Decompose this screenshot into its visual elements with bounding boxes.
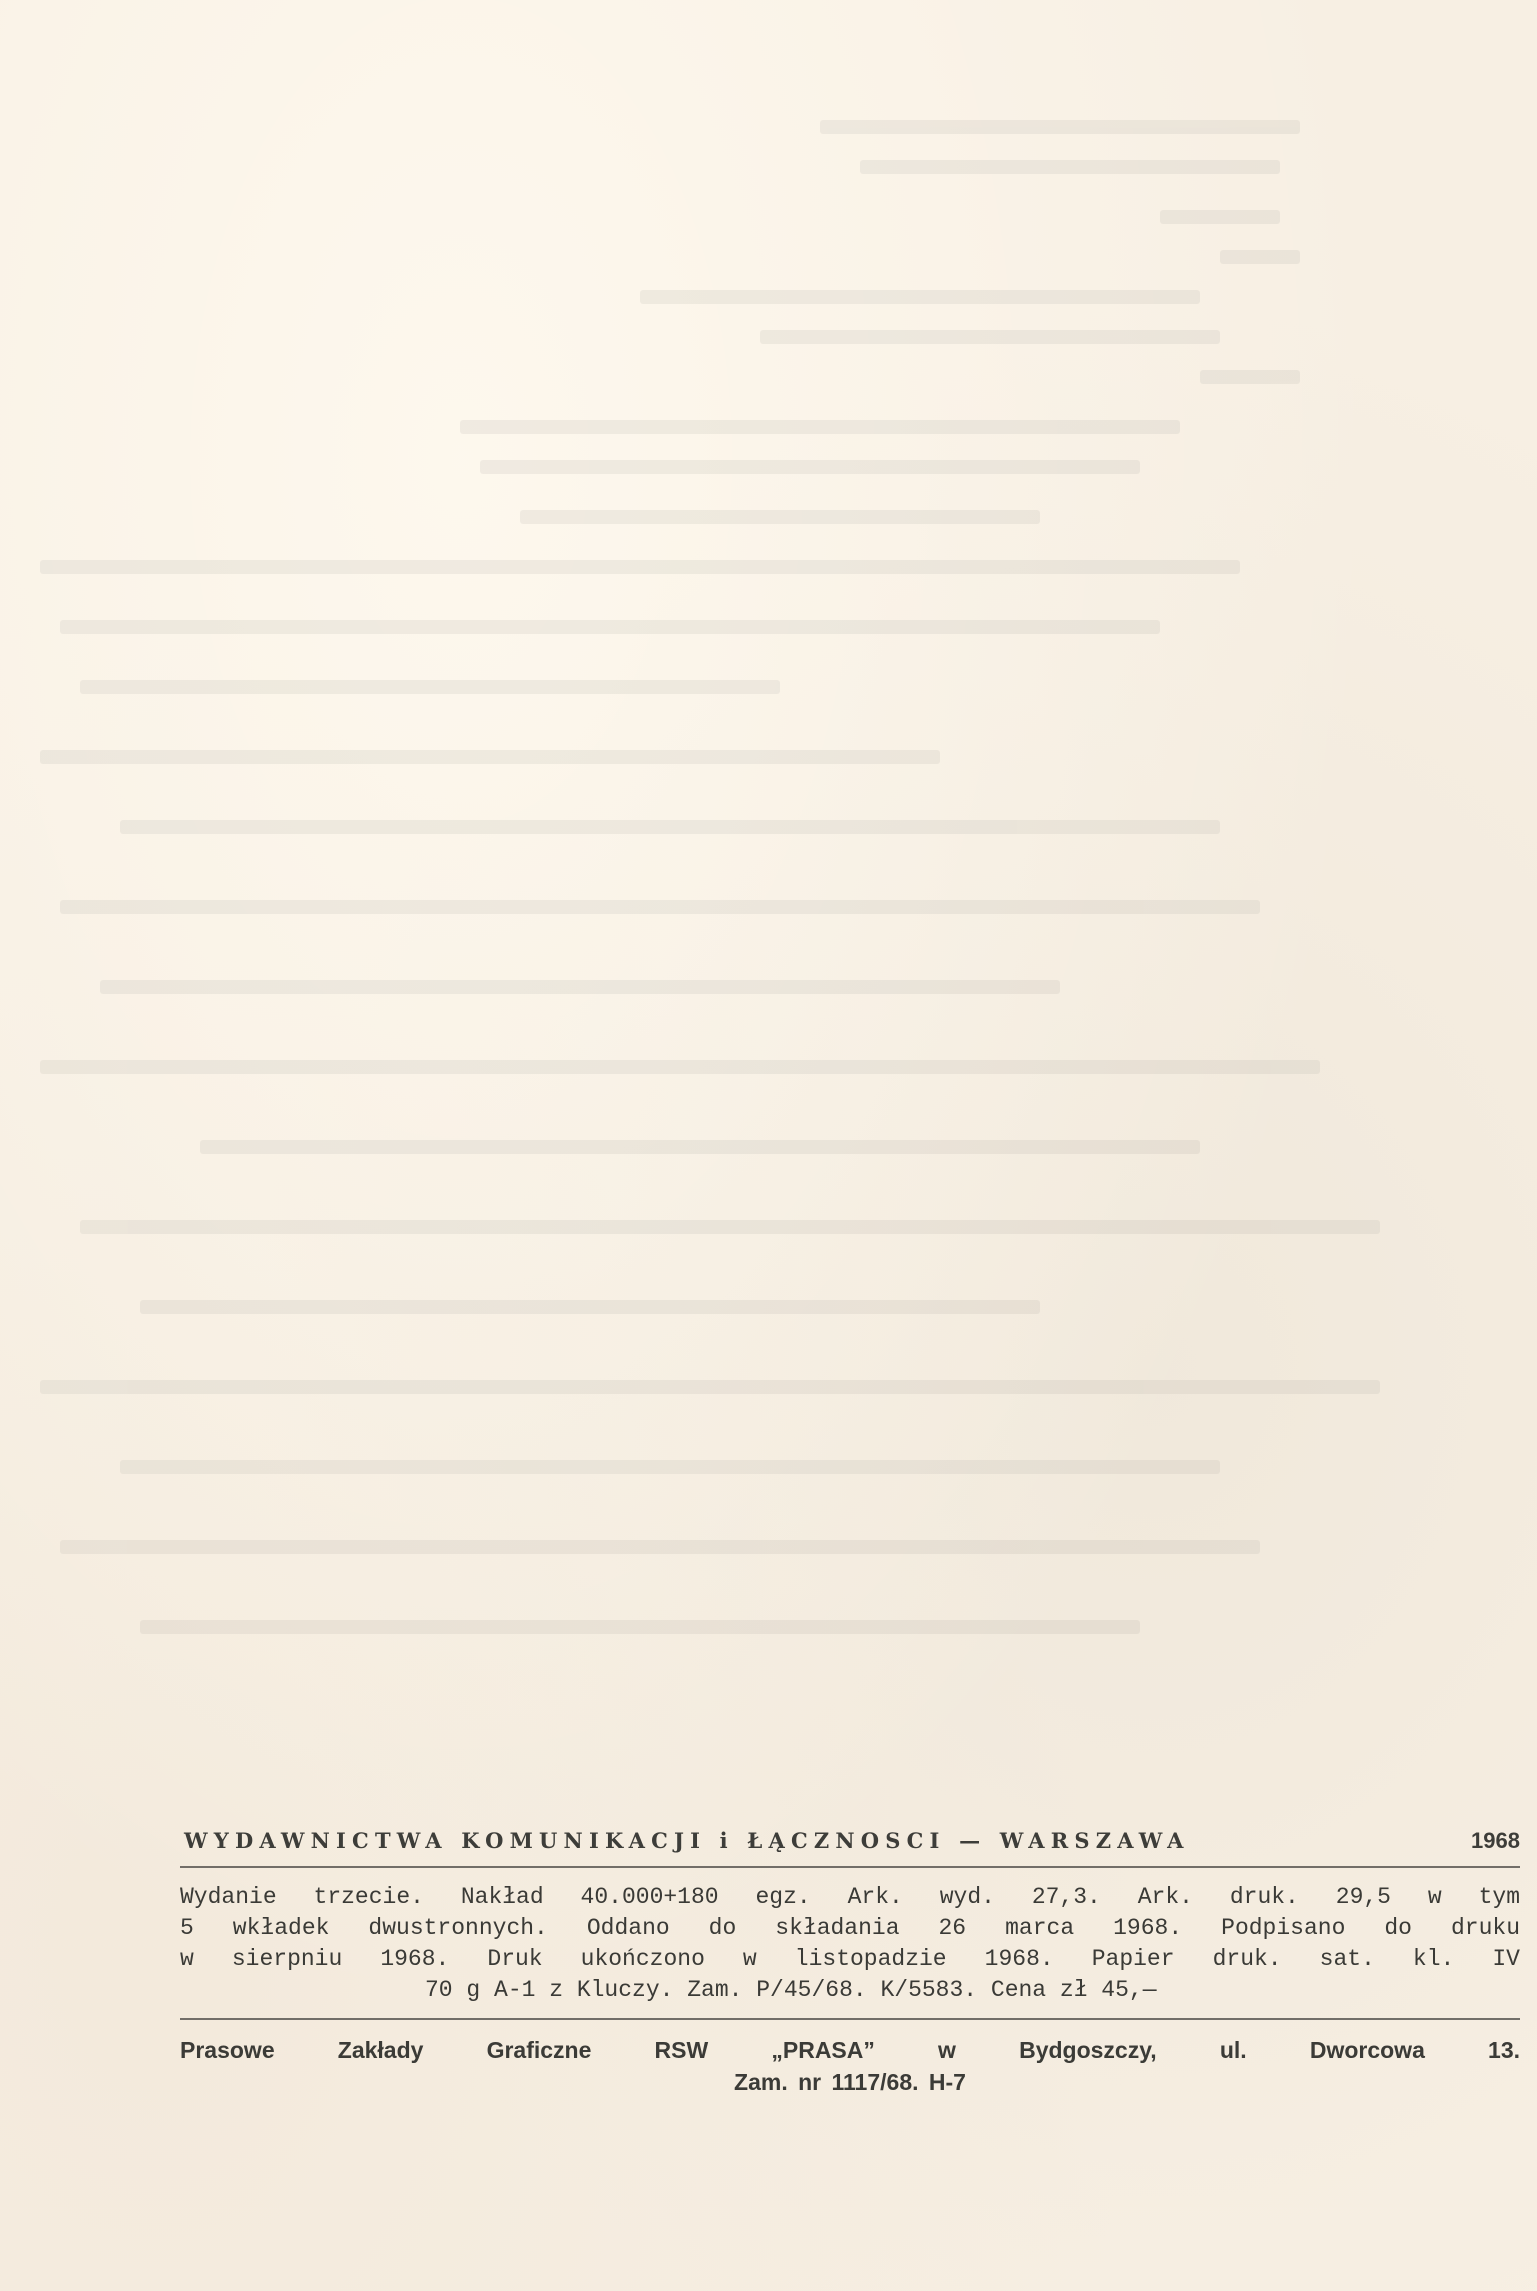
edition-details-line: 5 wkładek dwustronnych. Oddano do składa…: [180, 1913, 1520, 1944]
publisher-year: 1968: [1471, 1828, 1520, 1854]
printer-info: Prasowe Zakłady Graficzne RSW „PRASA” w …: [180, 2034, 1520, 2098]
divider-rule: [180, 2018, 1520, 2020]
publisher-name: WYDAWNICTWA KOMUNIKACJI i ŁĄCZNOSCI — WA…: [184, 1828, 1190, 1853]
edition-details-line: w sierpniu 1968. Druk ukończono w listop…: [180, 1944, 1520, 1975]
reverse-side-bleed-through: [0, 100, 1537, 1750]
edition-details: Wydanie trzecie. Nakład 40.000+180 egz. …: [180, 1882, 1520, 2006]
edition-details-line: Wydanie trzecie. Nakład 40.000+180 egz. …: [180, 1882, 1520, 1913]
printer-order-line: Zam. nr 1117/68. H-7: [180, 2066, 1520, 2098]
publisher-header: WYDAWNICTWA KOMUNIKACJI i ŁĄCZNOSCI — WA…: [180, 1828, 1520, 1854]
printer-info-line: Prasowe Zakłady Graficzne RSW „PRASA” w …: [180, 2034, 1520, 2066]
edition-details-line: 70 g A-1 z Kluczy. Zam. P/45/68. K/5583.…: [180, 1975, 1520, 2006]
colophon: WYDAWNICTWA KOMUNIKACJI i ŁĄCZNOSCI — WA…: [180, 1828, 1520, 2098]
divider-rule: [180, 1866, 1520, 1868]
